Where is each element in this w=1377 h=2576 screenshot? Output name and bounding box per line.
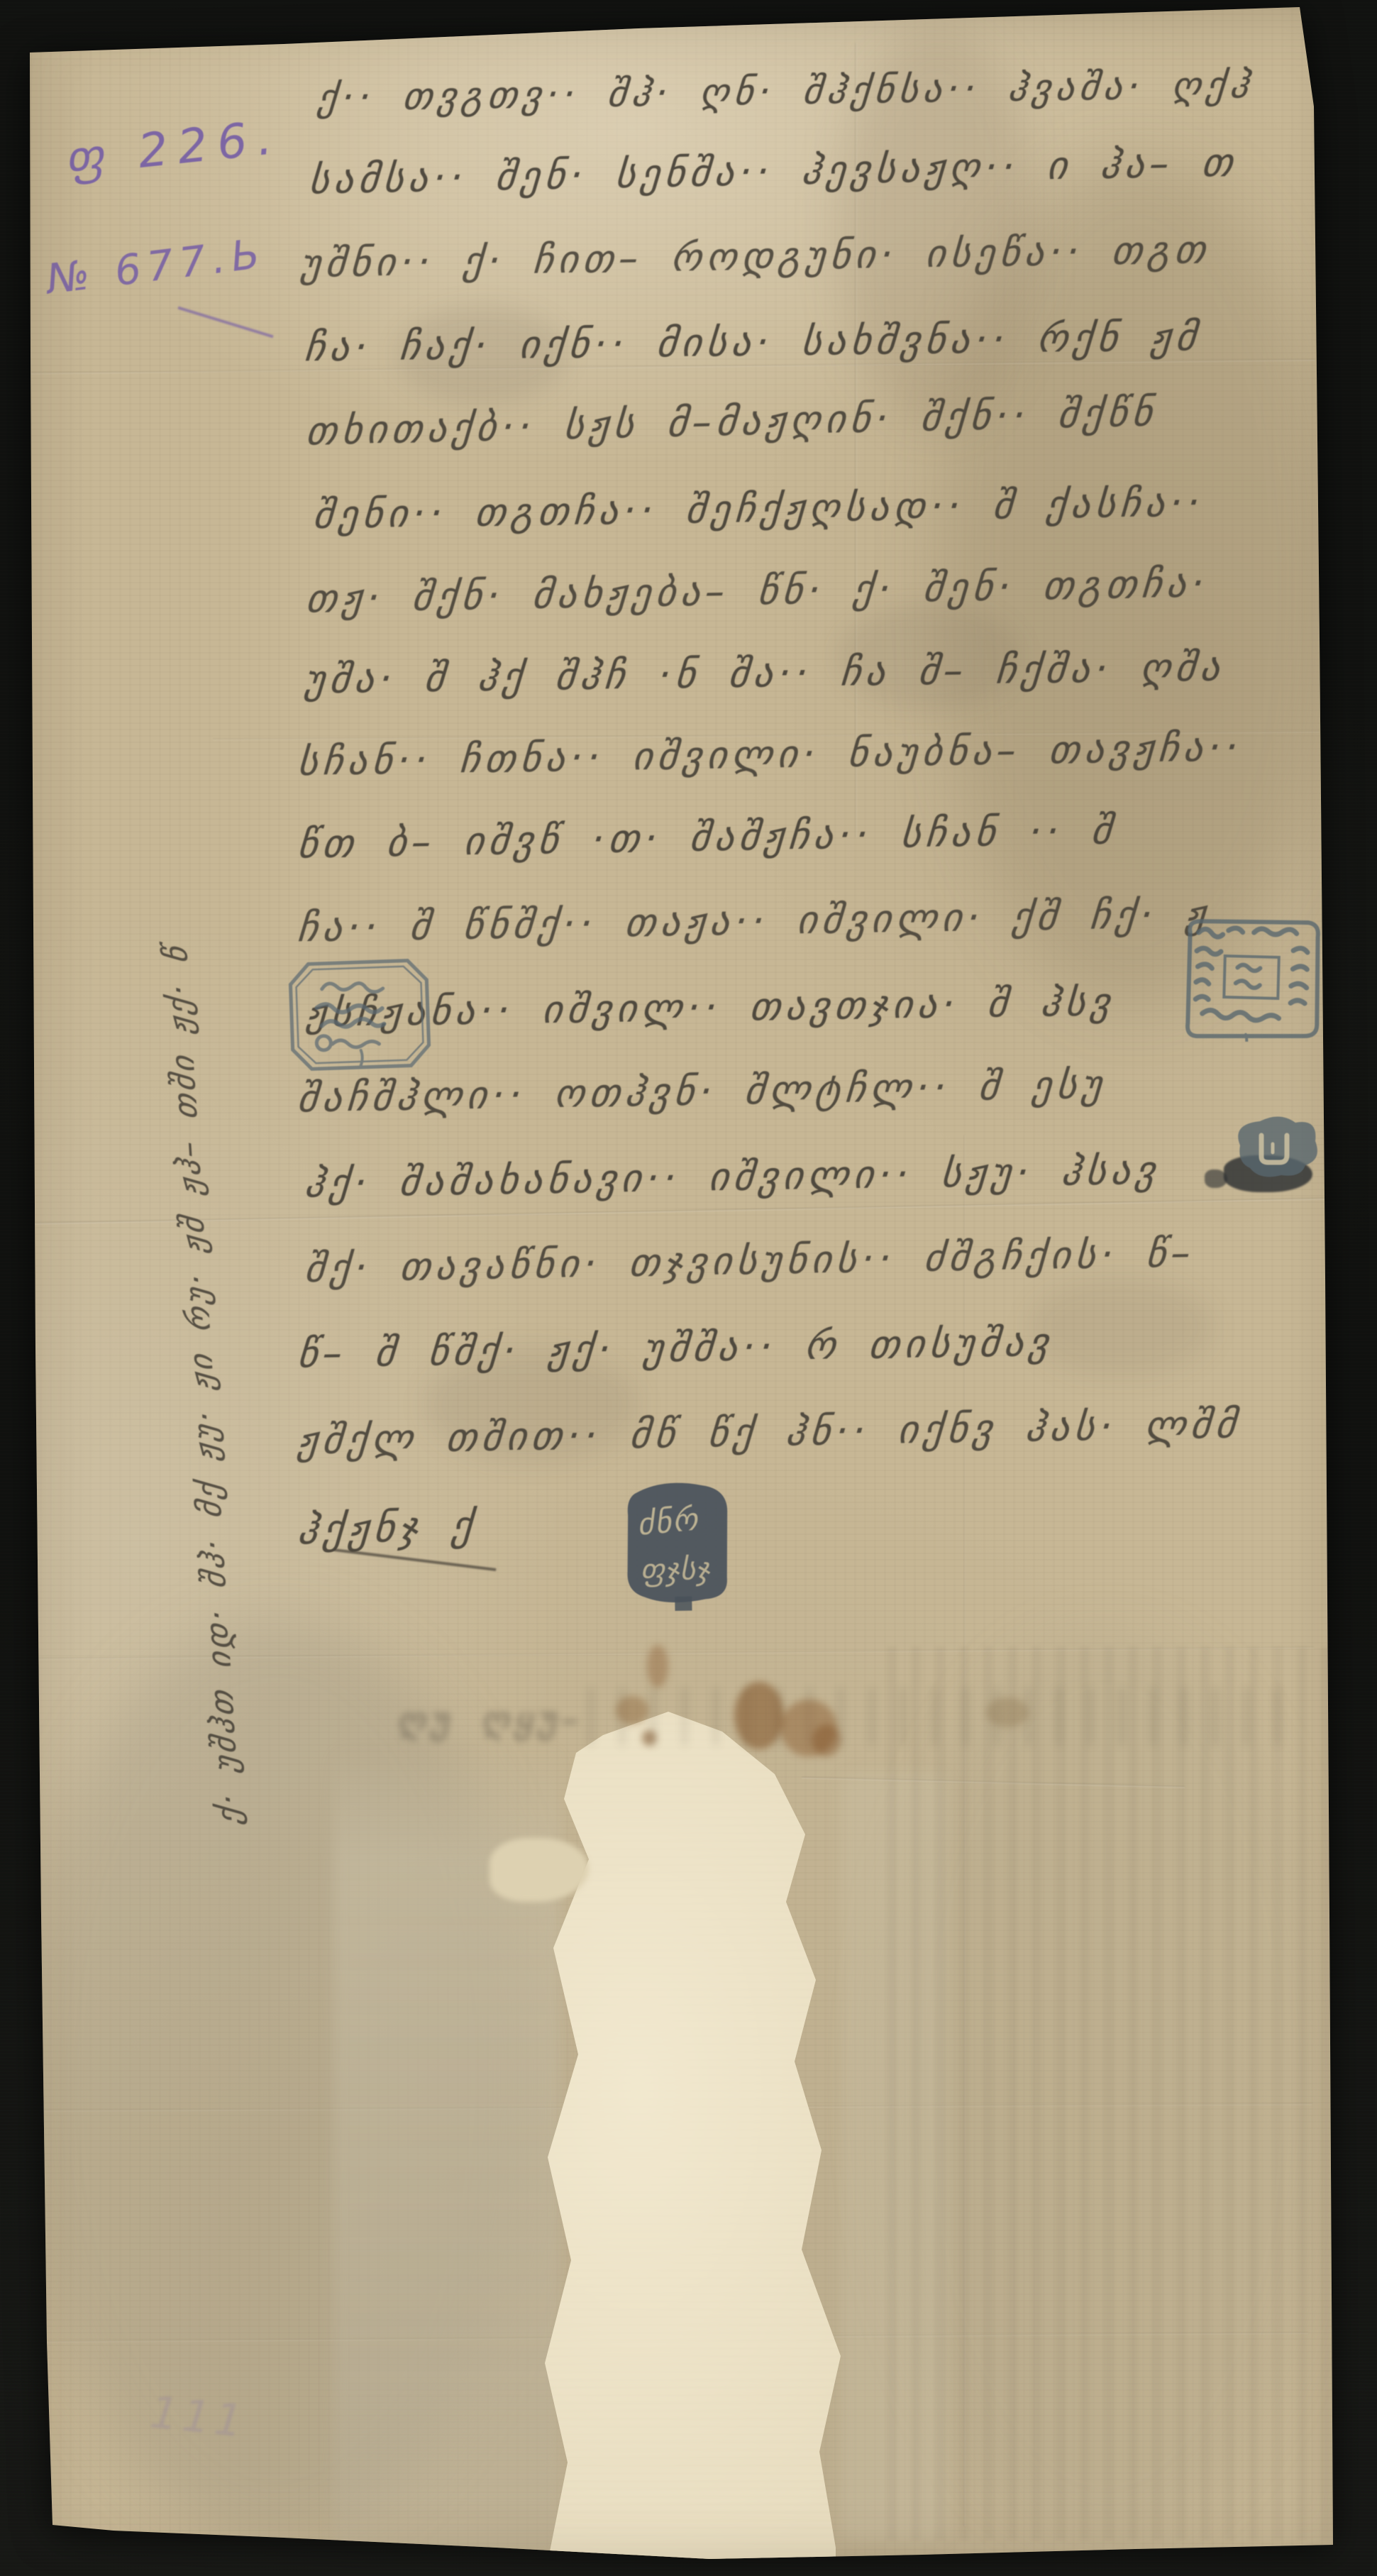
rust-stain bbox=[986, 1697, 1029, 1727]
manuscript-line: ჩა· ჩაქ· იქნ·· მისა· სახშვნა·· რქნ ჟმ bbox=[303, 314, 1203, 370]
seal-letters-line2: ფჯსჯ bbox=[640, 1551, 712, 1587]
square-ink-seal bbox=[1178, 913, 1326, 1043]
manuscript-line: შენი·· თგთჩა·· შეჩქჟღსად·· შ ქასჩა·· bbox=[312, 480, 1206, 537]
registry-flourish bbox=[177, 307, 273, 338]
manuscript-line: ჰქჟნჯ ქ bbox=[296, 1502, 478, 1553]
rust-stain bbox=[780, 1700, 837, 1756]
margin-note: ქ· უშჰთ იდ· შჰ· მქ ჟუ· ჟი რუ· ჟშ ჟჰ– თში… bbox=[157, 942, 248, 1825]
wash bbox=[841, 1774, 947, 2541]
manuscript-line: უშა· შ ჰქ შჰჩ ·ნ შა·· ჩა შ– ჩქშა· ღშა bbox=[303, 644, 1227, 702]
manuscript-line: სჩან·· ჩთნა·· იშვილი· ნაუბნა– თავჟჩა·· bbox=[297, 725, 1244, 784]
rust-stain bbox=[616, 1696, 648, 1724]
paper-shadow-wrap: ღუ ღყუ– ფ 226. № 677.Ь 111 ქ·· თვგთვ·· შ… bbox=[0, 0, 1377, 2576]
torn-patch-lobe bbox=[490, 1838, 589, 1902]
smudged-line: ღუ ღყუ– bbox=[397, 1699, 584, 1741]
wash bbox=[880, 1632, 1334, 2541]
manuscript-line: ჰქ· შაშახანავი·· იშვილი·· სჟუ· ჰსავ bbox=[303, 1147, 1162, 1206]
signature-flourish bbox=[334, 1548, 497, 1571]
catalog-number: ფ 226. bbox=[62, 109, 284, 187]
rust-stain bbox=[812, 1724, 841, 1756]
ink-blot bbox=[1205, 1169, 1227, 1188]
manuscript-line: თჟ· შქნ· მახჟება– წნ· ქ· შენ· თგთჩა· bbox=[304, 561, 1210, 621]
rust-stain bbox=[734, 1682, 784, 1749]
registry-number: № 677.Ь bbox=[44, 229, 269, 303]
manuscript-line: ჩა·· შ წნშქ·· თაჟა·· იშვილი· ქშ ჩქ· ჟ bbox=[296, 891, 1212, 950]
manuscript-line: წ– შ წშქ· ჟქ· უშშა·· რ თისუშავ bbox=[296, 1319, 1055, 1376]
manuscript-line: სამსა·· შენ· სენშა·· ჰევსაჟღ·· ი ჰა– თ bbox=[307, 140, 1239, 202]
small-ink-seal bbox=[1226, 1116, 1321, 1184]
manuscript-line: ჟშქლ თშით·· მწ წქ ჰნ·· იქნვ ჰას· ლშმ bbox=[296, 1402, 1242, 1463]
octagonal-ink-seal bbox=[284, 954, 436, 1075]
manuscript-line: შქ· თავაწნი· თჯვისუნის·· ძშგჩქის· წ– bbox=[304, 1231, 1197, 1291]
manuscript-line: ქ·· თვგთვ·· შჰ· ღნ· შჰქნსა·· ჰვაშა· ღქჰ bbox=[316, 64, 1256, 120]
torn-patch bbox=[397, 1703, 880, 2560]
wash bbox=[1029, 1277, 1213, 1377]
rust-stain bbox=[647, 1645, 668, 1688]
photo-background: ღუ ღყუ– ფ 226. № 677.Ь 111 ქ·· თვგთვ·· შ… bbox=[0, 0, 1377, 2576]
faint-stamp-mark: 111 bbox=[148, 2386, 249, 2448]
manuscript-paper: ღუ ღყუ– ფ 226. № 677.Ь 111 ქ·· თვგთვ·· შ… bbox=[0, 0, 1377, 2576]
crease bbox=[802, 1776, 1185, 1788]
seal-letters-line1: ძნრ bbox=[636, 1501, 701, 1542]
crease bbox=[34, 1198, 1325, 1225]
wash bbox=[887, 1646, 1334, 2541]
wash bbox=[21, 1618, 532, 2541]
wash bbox=[333, 1746, 560, 2555]
manuscript-line: წთ ბ– იშვწ ·თ· შაშჟჩა·· სჩან ·· შ bbox=[296, 808, 1118, 866]
manuscript-line: თხითაქბ·· სჟს მ–მაჟღინ· შქნ·· შქწნ bbox=[304, 390, 1159, 453]
signature-seal: ძნრ ფჯსჯ bbox=[613, 1480, 734, 1618]
manuscript-line: უშნი·· ქ· ჩით– როდგუნი· ისეწა·· თგთ bbox=[299, 227, 1212, 286]
